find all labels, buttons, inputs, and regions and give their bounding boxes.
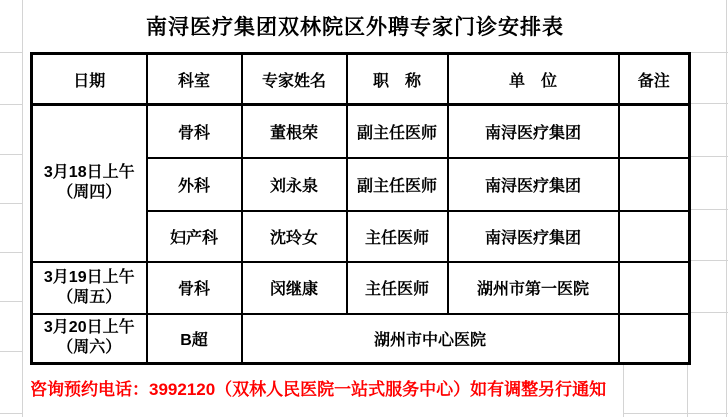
- cell-note: [619, 158, 690, 211]
- header-note: 备注: [619, 54, 690, 105]
- date-line1: 3月20日上午: [33, 318, 146, 338]
- cell-note: [619, 105, 690, 158]
- cell-expert-name: 沈玲女: [242, 211, 347, 262]
- table-row: 3月19日上午 （周五） 骨科 闵继康 主任医师 湖州市第一医院: [32, 262, 690, 314]
- cell-expert-name: 刘永泉: [242, 158, 347, 211]
- cell-unit: 南浔医疗集团: [448, 158, 619, 211]
- header-title: 职 称: [347, 54, 448, 105]
- cell-note: [619, 262, 690, 314]
- gridline: [688, 312, 728, 313]
- gridline: [0, 203, 22, 204]
- gridline: [688, 156, 728, 157]
- cell-title: 主任医师: [347, 211, 448, 262]
- gridline: [22, 0, 23, 417]
- gridline: [623, 413, 728, 414]
- cell-merged-unit: 湖州市中心医院: [242, 314, 619, 364]
- cell-note: [619, 211, 690, 262]
- cell-expert-name: 董根荣: [242, 105, 347, 158]
- cell-dept: 外科: [147, 158, 242, 211]
- cell-dept: B超: [147, 314, 242, 364]
- header-dept: 科室: [147, 54, 242, 105]
- gridline: [688, 260, 728, 261]
- date-line2: （周四）: [33, 183, 146, 203]
- gridline: [0, 252, 22, 253]
- cell-expert-name: 闵继康: [242, 262, 347, 314]
- gridline: [0, 413, 22, 414]
- gridline: [0, 104, 22, 105]
- date-line1: 3月19日上午: [33, 268, 146, 288]
- cell-unit: 湖州市第一医院: [448, 262, 619, 314]
- table-row: 3月20日上午 （周六） B超 湖州市中心医院: [32, 314, 690, 364]
- gridline: [0, 154, 22, 155]
- cell-dept: 妇产科: [147, 211, 242, 262]
- cell-dept: 骨科: [147, 105, 242, 158]
- spreadsheet-canvas: 南浔医疗集团双林院区外聘专家门诊安排表 日期 科室 专家姓名 职 称 单 位 备…: [0, 0, 728, 417]
- cell-date-mar18: 3月18日上午 （周四）: [32, 105, 147, 262]
- gridline: [688, 209, 728, 210]
- table-header-row: 日期 科室 专家姓名 职 称 单 位 备注: [32, 54, 690, 105]
- cell-dept: 骨科: [147, 262, 242, 314]
- cell-date-mar19: 3月19日上午 （周五）: [32, 262, 147, 314]
- header-unit: 单 位: [448, 54, 619, 105]
- table-row: 3月18日上午 （周四） 骨科 董根荣 副主任医师 南浔医疗集团: [32, 105, 690, 158]
- cell-title: 副主任医师: [347, 105, 448, 158]
- cell-unit: 南浔医疗集团: [448, 211, 619, 262]
- cell-title: 主任医师: [347, 262, 448, 314]
- gridline: [0, 301, 22, 302]
- gridline: [0, 351, 22, 352]
- cell-title: 副主任医师: [347, 158, 448, 211]
- gridline: [0, 52, 22, 53]
- header-date: 日期: [32, 54, 147, 105]
- schedule-table: 日期 科室 专家姓名 职 称 单 位 备注 3月18日上午 （周四） 骨科 董根…: [30, 52, 691, 365]
- date-line1: 3月18日上午: [33, 163, 146, 183]
- gridline: [688, 52, 728, 53]
- gridline: [688, 103, 728, 104]
- header-expert-name: 专家姓名: [242, 54, 347, 105]
- page-title: 南浔医疗集团双林院区外聘专家门诊安排表: [22, 0, 688, 52]
- cell-date-mar20: 3月20日上午 （周六）: [32, 314, 147, 364]
- cell-note: [619, 314, 690, 364]
- date-line2: （周五）: [33, 288, 146, 308]
- date-line2: （周六）: [33, 338, 146, 358]
- cell-unit: 南浔医疗集团: [448, 105, 619, 158]
- footer-notice: 咨询预约电话：3992120（双林人民医院一站式服务中心）如有调整另行通知: [30, 362, 720, 413]
